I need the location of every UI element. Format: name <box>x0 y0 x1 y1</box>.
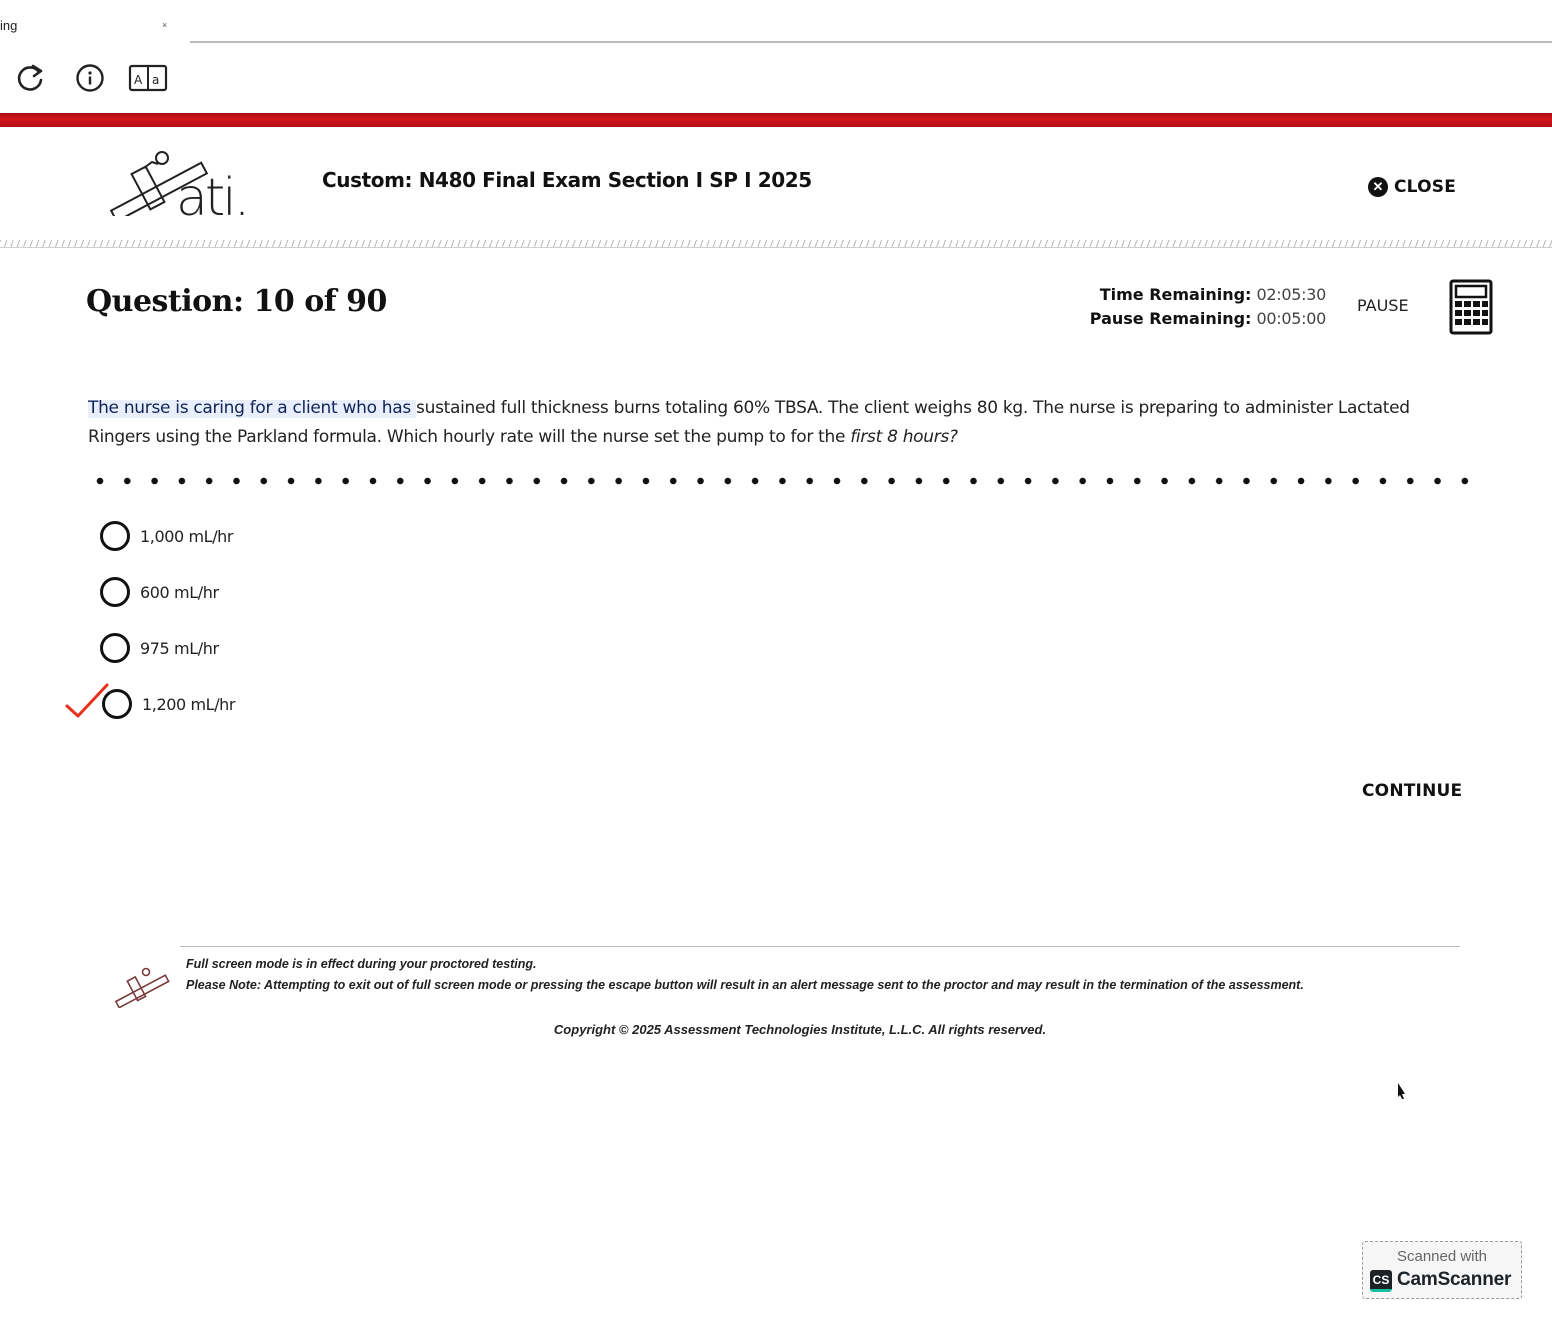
calculator-button[interactable] <box>1449 279 1493 335</box>
browser-tab-strip: ing × <box>0 0 1552 44</box>
close-circle-icon: ✕ <box>1368 177 1388 197</box>
ati-figure-small-icon <box>112 964 170 1008</box>
answer-option[interactable]: 975 mL/hr <box>100 633 219 663</box>
info-icon[interactable] <box>74 62 106 94</box>
option-label: 1,000 mL/hr <box>140 527 233 546</box>
tab-title: ing <box>0 18 17 33</box>
option-label: 600 mL/hr <box>140 583 219 602</box>
answer-option[interactable]: 1,000 mL/hr <box>100 521 233 551</box>
pause-button[interactable]: PAUSE <box>1357 296 1409 315</box>
brand-bar <box>0 113 1552 127</box>
browser-tab[interactable]: ing × <box>0 6 190 40</box>
pause-remaining-value: 00:05:00 <box>1257 309 1326 328</box>
stem-selected-text: The nurse is caring for a client who has <box>88 398 416 418</box>
question-counter: Question: 10 of 90 <box>86 284 387 319</box>
camscanner-logo-icon: CS <box>1370 1270 1392 1292</box>
svg-text:a: a <box>152 73 159 87</box>
pause-remaining-label: Pause Remaining: <box>1090 309 1252 328</box>
time-remaining-label: Time Remaining: <box>1100 285 1252 304</box>
checkmark-icon <box>64 682 110 720</box>
time-remaining-value: 02:05:30 <box>1257 285 1326 304</box>
calculator-icon <box>1449 279 1493 335</box>
option-label: 975 mL/hr <box>140 639 219 658</box>
radio-button[interactable] <box>100 521 130 551</box>
mouse-cursor-icon <box>1397 1082 1407 1100</box>
close-label: CLOSE <box>1394 177 1456 197</box>
radio-button[interactable] <box>100 633 130 663</box>
question-stem: The nurse is caring for a client who has… <box>88 394 1448 452</box>
close-button[interactable]: ✕ CLOSE <box>1368 177 1456 197</box>
answer-option[interactable]: 1,200 mL/hr <box>102 689 235 719</box>
svg-text:A: A <box>134 73 143 87</box>
watermark-brand: CamScanner <box>1397 1269 1511 1291</box>
pause-remaining: Pause Remaining: 00:05:00 <box>1090 307 1326 331</box>
notice-line-2: Please Note: Attempting to exit out of f… <box>186 978 1446 992</box>
footer-divider <box>180 946 1460 947</box>
ati-logo: ati. <box>106 146 252 228</box>
dotted-divider <box>96 476 1488 486</box>
camscanner-watermark: Scanned with CS CamScanner <box>1362 1241 1522 1299</box>
exam-title: Custom: N480 Final Exam Section I SP I 2… <box>322 168 812 192</box>
answer-option[interactable]: 600 mL/hr <box>100 577 219 607</box>
time-remaining: Time Remaining: 02:05:30 <box>1090 283 1326 307</box>
reader-view-icon[interactable]: Aa <box>128 62 168 94</box>
stem-emphasis: first 8 hours? <box>850 427 957 447</box>
header-divider <box>0 240 1552 248</box>
tab-close-icon[interactable]: × <box>162 20 167 30</box>
notice-line-1: Full screen mode is in effect during you… <box>186 957 1446 972</box>
browser-toolbar: Aa <box>0 44 1552 114</box>
fullscreen-notice: Full screen mode is in effect during you… <box>186 957 1446 998</box>
option-label: 1,200 mL/hr <box>142 695 235 714</box>
radio-button[interactable] <box>100 577 130 607</box>
tab-strip-border <box>190 41 1552 43</box>
reload-icon[interactable] <box>14 62 46 94</box>
timers: Time Remaining: 02:05:30 Pause Remaining… <box>1090 283 1326 331</box>
watermark-caption: Scanned with <box>1363 1248 1521 1265</box>
continue-button[interactable]: CONTINUE <box>1362 781 1462 801</box>
copyright: Copyright © 2025 Assessment Technologies… <box>0 1022 1552 1037</box>
logo-text: ati. <box>176 168 247 228</box>
